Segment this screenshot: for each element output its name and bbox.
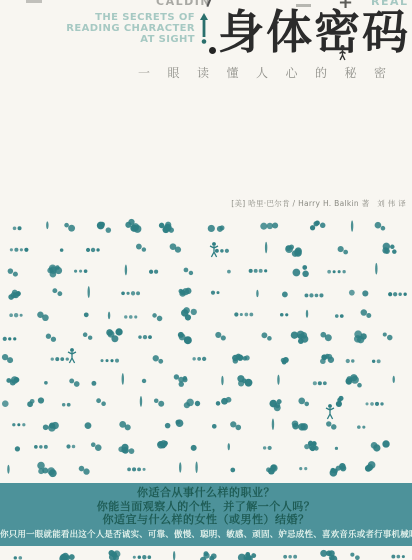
- book-title: 身体密码: [218, 9, 410, 55]
- book-subtitle: 一眼读懂人心的秘密: [138, 64, 404, 81]
- top-left-text: CALDIN: [156, 0, 211, 8]
- title-bullet-dot: [209, 47, 216, 54]
- english-line-1: THE SECRETS OF: [66, 12, 195, 23]
- english-subtitle: THE SECRETS OF READING CHARACTER AT SIGH…: [66, 12, 195, 45]
- tagline-question-3: 你适宜与什么样的女性（或男性）结婚？: [0, 513, 412, 527]
- tagline-box: 你适合从事什么样的职业？ 你能当面观察人的个性，并了解一个人吗？ 你适宜与什么样…: [0, 483, 412, 546]
- mini-person-icon: [337, 44, 348, 61]
- person-arrow-icon: [197, 12, 211, 46]
- dot-pattern: [0, 0, 412, 560]
- tagline-question-2: 你能当面观察人的个性，并了解一个人吗？: [0, 500, 412, 514]
- top-edge-dash: [26, 0, 42, 3]
- tagline-question-1: 你适合从事什么样的职业？: [0, 486, 412, 500]
- english-line-3: AT SIGHT: [66, 34, 195, 45]
- author-line: [美] 哈里·巴尔肯 / Harry H. Balkin 著 刘 伟 译: [231, 198, 406, 209]
- english-line-2: READING CHARACTER: [66, 23, 195, 34]
- book-cover: CALDIN + REAL THE SECRETS OF READING CHA…: [0, 0, 412, 560]
- tagline-questions: 你适合从事什么样的职业？ 你能当面观察人的个性，并了解一个人吗？ 你适宜与什么样…: [0, 486, 412, 527]
- tagline-bottom-line: 你只用一眼就能看出这个人是否诚实、可靠、傲慢、聪明、敏感、顽固、妒忌成性、喜欢音…: [0, 528, 412, 540]
